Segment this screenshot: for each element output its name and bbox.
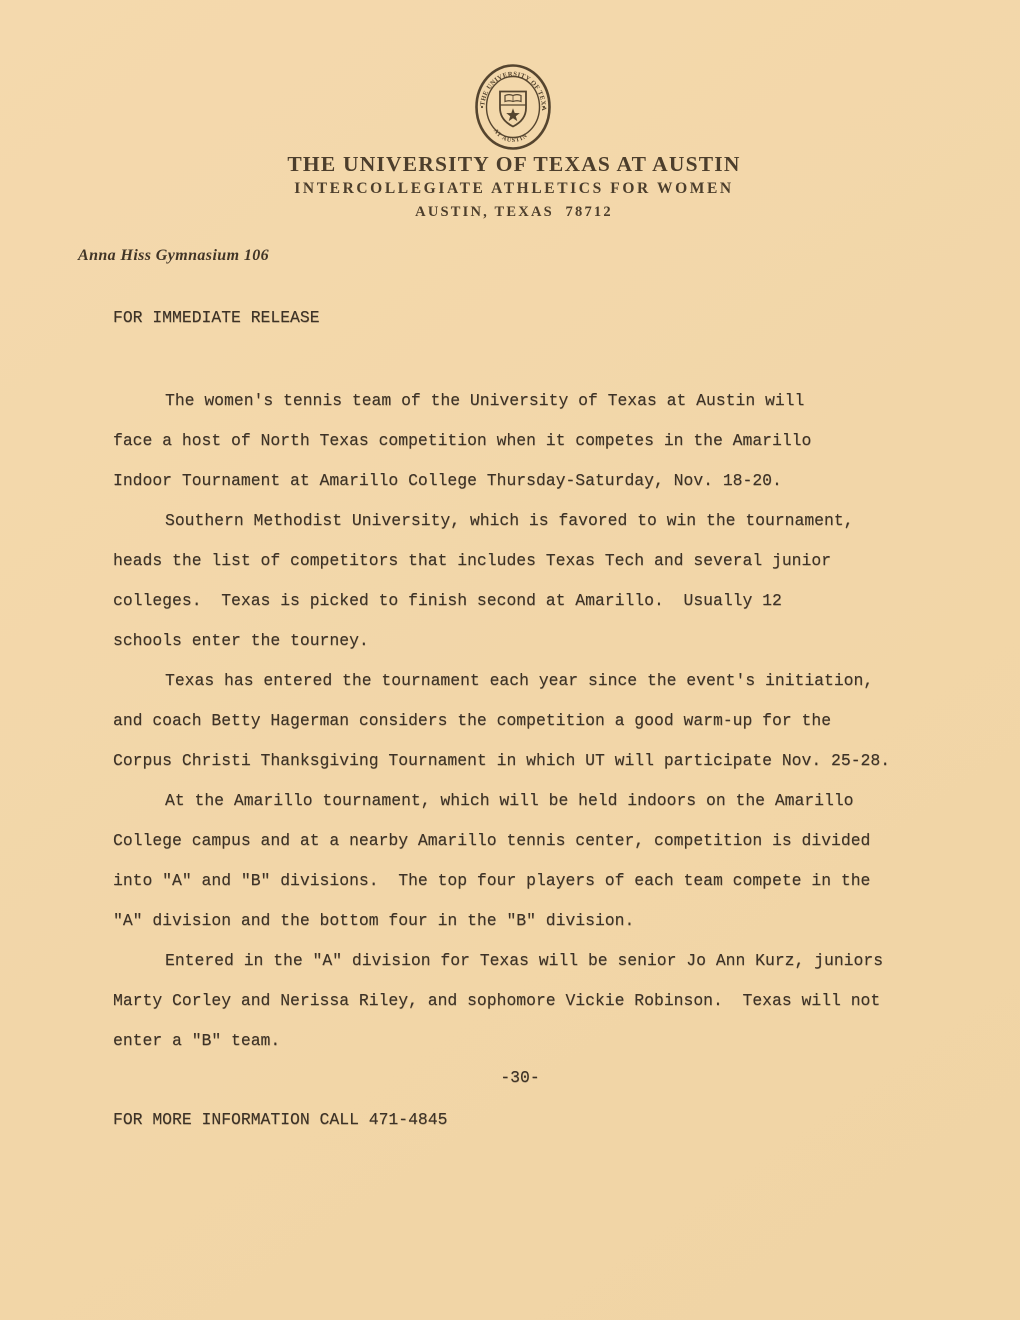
seal-top-text: THE UNIVERSITY OF TEXAS <box>475 64 547 111</box>
body-line: Southern Methodist University, which is … <box>113 501 913 541</box>
release-header: FOR IMMEDIATE RELEASE <box>113 308 320 327</box>
body-line: face a host of North Texas competition w… <box>113 421 913 461</box>
seal-bottom-text: AT AUSTIN <box>492 128 529 144</box>
end-mark: -30- <box>0 1058 1020 1098</box>
body-line: At the Amarillo tournament, which will b… <box>113 781 913 821</box>
body-line: Marty Corley and Nerissa Riley, and soph… <box>113 981 913 1021</box>
letterhead-department-name: INTERCOLLEGIATE ATHLETICS FOR WOMEN <box>0 180 1020 198</box>
ut-seal-icon: THE UNIVERSITY OF TEXAS AT AUSTIN <box>475 64 551 152</box>
letterhead-university-name: THE UNIVERSITY OF TEXAS AT AUSTIN <box>0 152 1020 177</box>
seal-star <box>506 108 520 121</box>
body-line: The women's tennis team of the Universit… <box>113 381 913 421</box>
body-line: and coach Betty Hagerman considers the c… <box>113 701 913 741</box>
body-line: enter a "B" team. <box>113 1021 913 1061</box>
body-line: College campus and at a nearby Amarillo … <box>113 821 913 861</box>
body-line: schools enter the tourney. <box>113 621 913 661</box>
body-line: Entered in the "A" division for Texas wi… <box>113 941 913 981</box>
body-line: Corpus Christi Thanksgiving Tournament i… <box>113 741 913 781</box>
location-line: Anna Hiss Gymnasium 106 <box>78 247 269 265</box>
body-line: "A" division and the bottom four in the … <box>113 901 913 941</box>
body-line: colleges. Texas is picked to finish seco… <box>113 581 913 621</box>
press-release-page: THE UNIVERSITY OF TEXAS AT AUSTIN THE UN… <box>0 0 1020 1320</box>
svg-text:AT AUSTIN: AT AUSTIN <box>492 128 529 144</box>
contact-info-line: FOR MORE INFORMATION CALL 471-4845 <box>113 1100 447 1140</box>
body-line: Indoor Tournament at Amarillo College Th… <box>113 461 913 501</box>
body-line: heads the list of competitors that inclu… <box>113 541 913 581</box>
body-line: Texas has entered the tournament each ye… <box>113 661 913 701</box>
press-release-body: The women's tennis team of the Universit… <box>113 381 913 1061</box>
svg-text:THE UNIVERSITY OF TEXAS: THE UNIVERSITY OF TEXAS <box>475 64 547 111</box>
letterhead-address: AUSTIN, TEXAS 78712 <box>0 204 1020 221</box>
body-line: into "A" and "B" divisions. The top four… <box>113 861 913 901</box>
